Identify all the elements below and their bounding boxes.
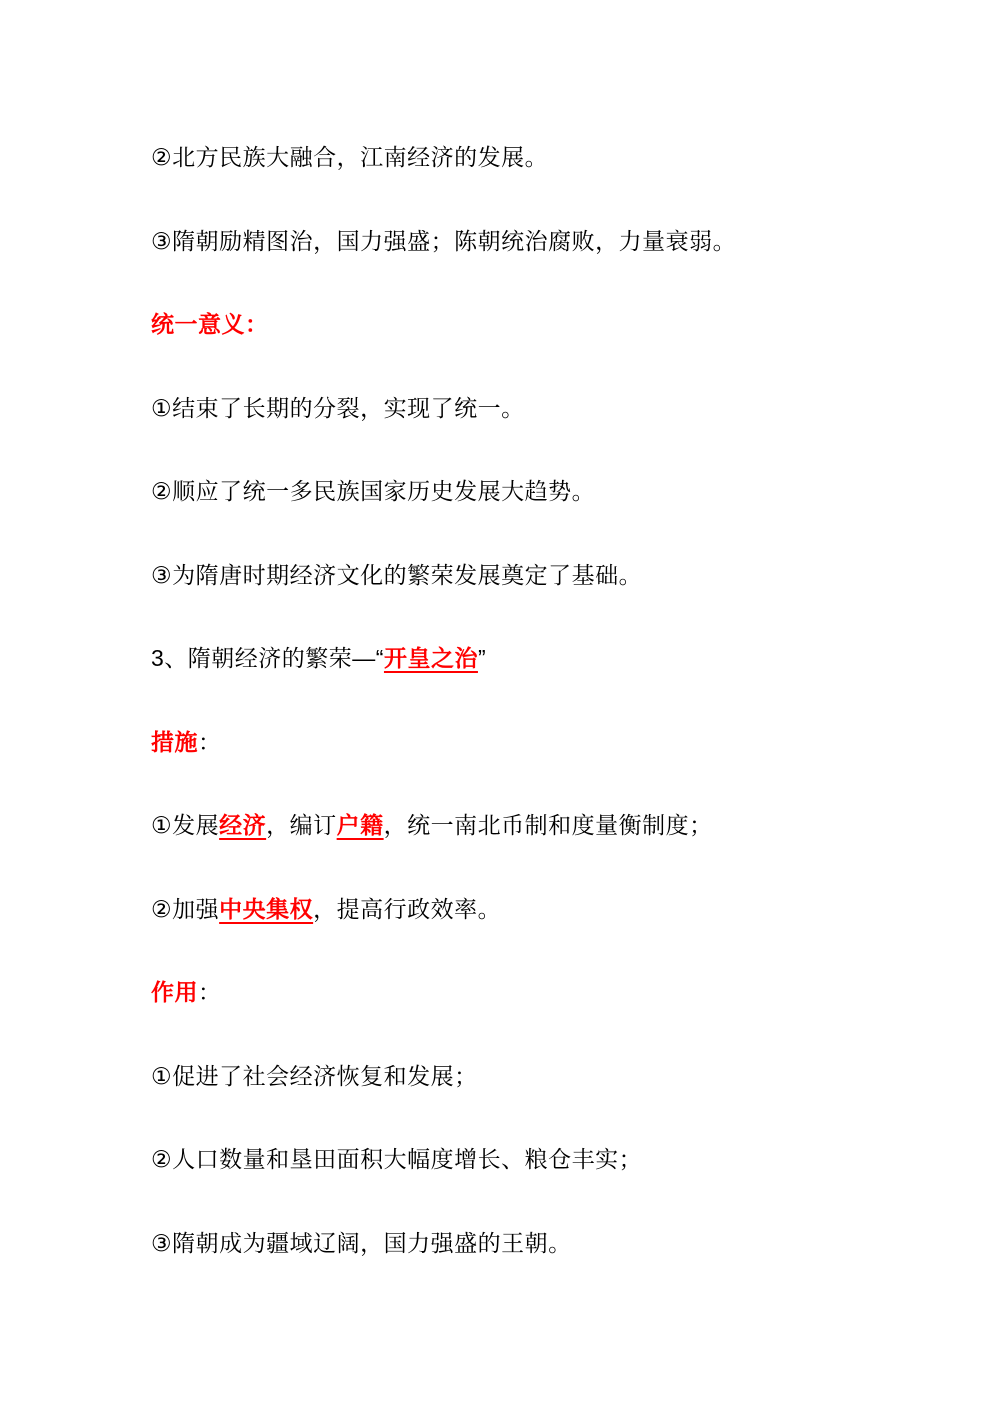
text-segment: ②北方民族大融合，江南经济的发展。 [151, 144, 548, 170]
text-segment: ①结束了长期的分裂，实现了统一。 [151, 395, 525, 421]
paragraph-measure-1-develop-economy: ①发展经济，编订户籍，统一南北币制和度量衡制度； [151, 812, 940, 840]
key-term-central-authority: 中央集权 [219, 896, 313, 922]
heading-section-3-economy-prosperity: 3、隋朝经济的繁荣—“开皇之治” [151, 645, 940, 673]
heading-text: 统一意义： [151, 311, 269, 337]
text-segment: ③为隋唐时期经济文化的繁荣发展奠定了基础。 [151, 562, 642, 588]
text-segment: ②加强 [151, 896, 219, 922]
heading-unification-significance: 统一意义： [151, 311, 940, 339]
text-segment: ②人口数量和垦田面积大幅度增长、粮仓丰实； [151, 1146, 642, 1172]
paragraph-point-1-ended-division: ①结束了长期的分裂，实现了统一。 [151, 395, 940, 423]
document-page: ②北方民族大融合，江南经济的发展。 ③隋朝励精图治，国力强盛；陈朝统治腐败，力量… [0, 0, 1000, 1415]
paragraph-point-2-north-fusion: ②北方民族大融合，江南经济的发展。 [151, 144, 940, 172]
paragraph-effect-2-population-farmland-growth: ②人口数量和垦田面积大幅度增长、粮仓丰实； [151, 1146, 940, 1174]
text-segment: ③隋朝成为疆域辽阔，国力强盛的王朝。 [151, 1230, 572, 1256]
text-segment: ，编订 [266, 812, 337, 838]
paragraph-point-3-sui-strong-chen-weak: ③隋朝励精图治，国力强盛；陈朝统治腐败，力量衰弱。 [151, 228, 940, 256]
paragraph-effect-1-economic-recovery: ①促进了社会经济恢复和发展； [151, 1063, 940, 1091]
text-segment: ①促进了社会经济恢复和发展； [151, 1063, 478, 1089]
paragraph-measure-2-centralization: ②加强中央集权，提高行政效率。 [151, 896, 940, 924]
text-segment: ” [478, 645, 486, 671]
heading-text: 作用 [151, 979, 198, 1005]
heading-text: 措施 [151, 729, 198, 755]
key-term-household-registry: 户籍 [337, 812, 384, 838]
paragraph-point-2-multiethnic-trend: ②顺应了统一多民族国家历史发展大趋势。 [151, 478, 940, 506]
key-term-kaihuang-reign: 开皇之治 [384, 645, 478, 671]
paragraph-point-3-foundation-for-sui-tang: ③为隋唐时期经济文化的繁荣发展奠定了基础。 [151, 562, 940, 590]
paragraph-effect-3-vast-strong-dynasty: ③隋朝成为疆域辽阔，国力强盛的王朝。 [151, 1230, 940, 1258]
text-segment: ③隋朝励精图治，国力强盛；陈朝统治腐败，力量衰弱。 [151, 228, 736, 254]
text-segment: ，统一南北币制和度量衡制度； [384, 812, 713, 838]
key-term-economy: 经济 [219, 812, 266, 838]
heading-measures: 措施： [151, 729, 940, 757]
heading-effects: 作用： [151, 979, 940, 1007]
text-segment: ②顺应了统一多民族国家历史发展大趋势。 [151, 478, 595, 504]
text-segment: ： [198, 979, 222, 1005]
text-segment: 3、隋朝经济的繁荣—“ [151, 645, 384, 671]
text-segment: ，提高行政效率。 [313, 896, 501, 922]
text-segment: ①发展 [151, 812, 219, 838]
text-segment: ： [198, 729, 222, 755]
